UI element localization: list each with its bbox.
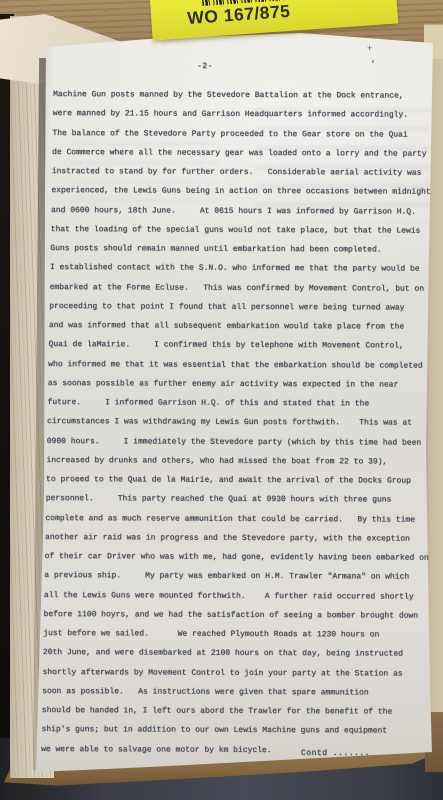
typed-line: circumstances I was withdrawing my Lewis…	[47, 412, 439, 433]
typed-line: instracted to stand by for further order…	[52, 162, 440, 183]
corner-ink-dot	[372, 60, 374, 63]
typed-line: should be handed in, I left ours abord t…	[42, 701, 438, 722]
typed-line: and 0600 hours, 18th June. At 0615 hours…	[51, 201, 440, 222]
typed-line: proceeding to that point I found that al…	[49, 297, 439, 318]
typed-line: future. I informed Garrison H.Q. of this…	[47, 393, 438, 414]
typed-line: of their car Driver who was with me, had…	[45, 547, 438, 568]
typed-line: before 1100 hoyrs, and we had the satisf…	[44, 605, 438, 626]
corner-pencil-mark: +	[367, 44, 372, 54]
typed-line: Quai de laMairie. I confirmed this by te…	[48, 335, 438, 356]
typed-line: a previous ship. My party was embarked o…	[44, 566, 438, 587]
typed-line: all the Lewis Guns were mounted forthwit…	[44, 586, 438, 607]
typed-line: as soonas possible as further enemy air …	[48, 374, 439, 395]
typed-line: personnel. This party reached the Quai a…	[46, 489, 439, 510]
typed-line: complete and as much reserve ammunition …	[45, 509, 438, 530]
continued-note: Contd .......	[301, 749, 370, 758]
typed-line: The balance of the Stevedore Party proce…	[52, 124, 439, 145]
typed-line: to proeed to the Quai de la Mairie, and …	[46, 470, 438, 491]
typed-line: Machine Gun posts manned by the Stevedor…	[53, 85, 440, 106]
typed-line: we were able to salvage one motor by km …	[41, 739, 437, 760]
typed-line: ship's guns; but in addition to our own …	[41, 720, 437, 741]
typed-line: de Commerce where all the necessary gear…	[52, 143, 440, 164]
typed-line: embarked at the Forme Ecluse. This was c…	[50, 278, 440, 299]
typed-line: that the loading of the special guns wou…	[51, 220, 440, 241]
typed-line: just before we sailed. We reached Plymou…	[43, 624, 437, 645]
typed-line: Guns posts should remain manned until em…	[50, 239, 439, 260]
typed-line: shortly afterwards by Movement Control t…	[42, 662, 437, 683]
typed-line: and was informed that all subsequent emb…	[49, 316, 439, 337]
typed-line: increased by drunks and others, who had …	[46, 451, 438, 472]
typed-line: experienced, the Lewis Guns being in act…	[51, 181, 439, 202]
typed-line: another air raid was in progress and the…	[45, 528, 438, 549]
page-number: -2-	[197, 62, 213, 71]
typed-line: 0900 hours. I immediately the Stevedore …	[47, 432, 439, 453]
typed-text-body: Machine Gun posts manned by the Stevedor…	[41, 85, 440, 760]
typed-line: were manned by 21.15 hours and Garrison …	[53, 104, 440, 125]
typed-line: soon as possible. As instructions were g…	[42, 682, 437, 703]
typed-line: I established contact with the S.N.O. wh…	[50, 258, 439, 279]
typed-line: 20th June, and were disembarked at 2100 …	[43, 643, 438, 664]
typed-line: who informed me that it was essential th…	[48, 355, 439, 376]
